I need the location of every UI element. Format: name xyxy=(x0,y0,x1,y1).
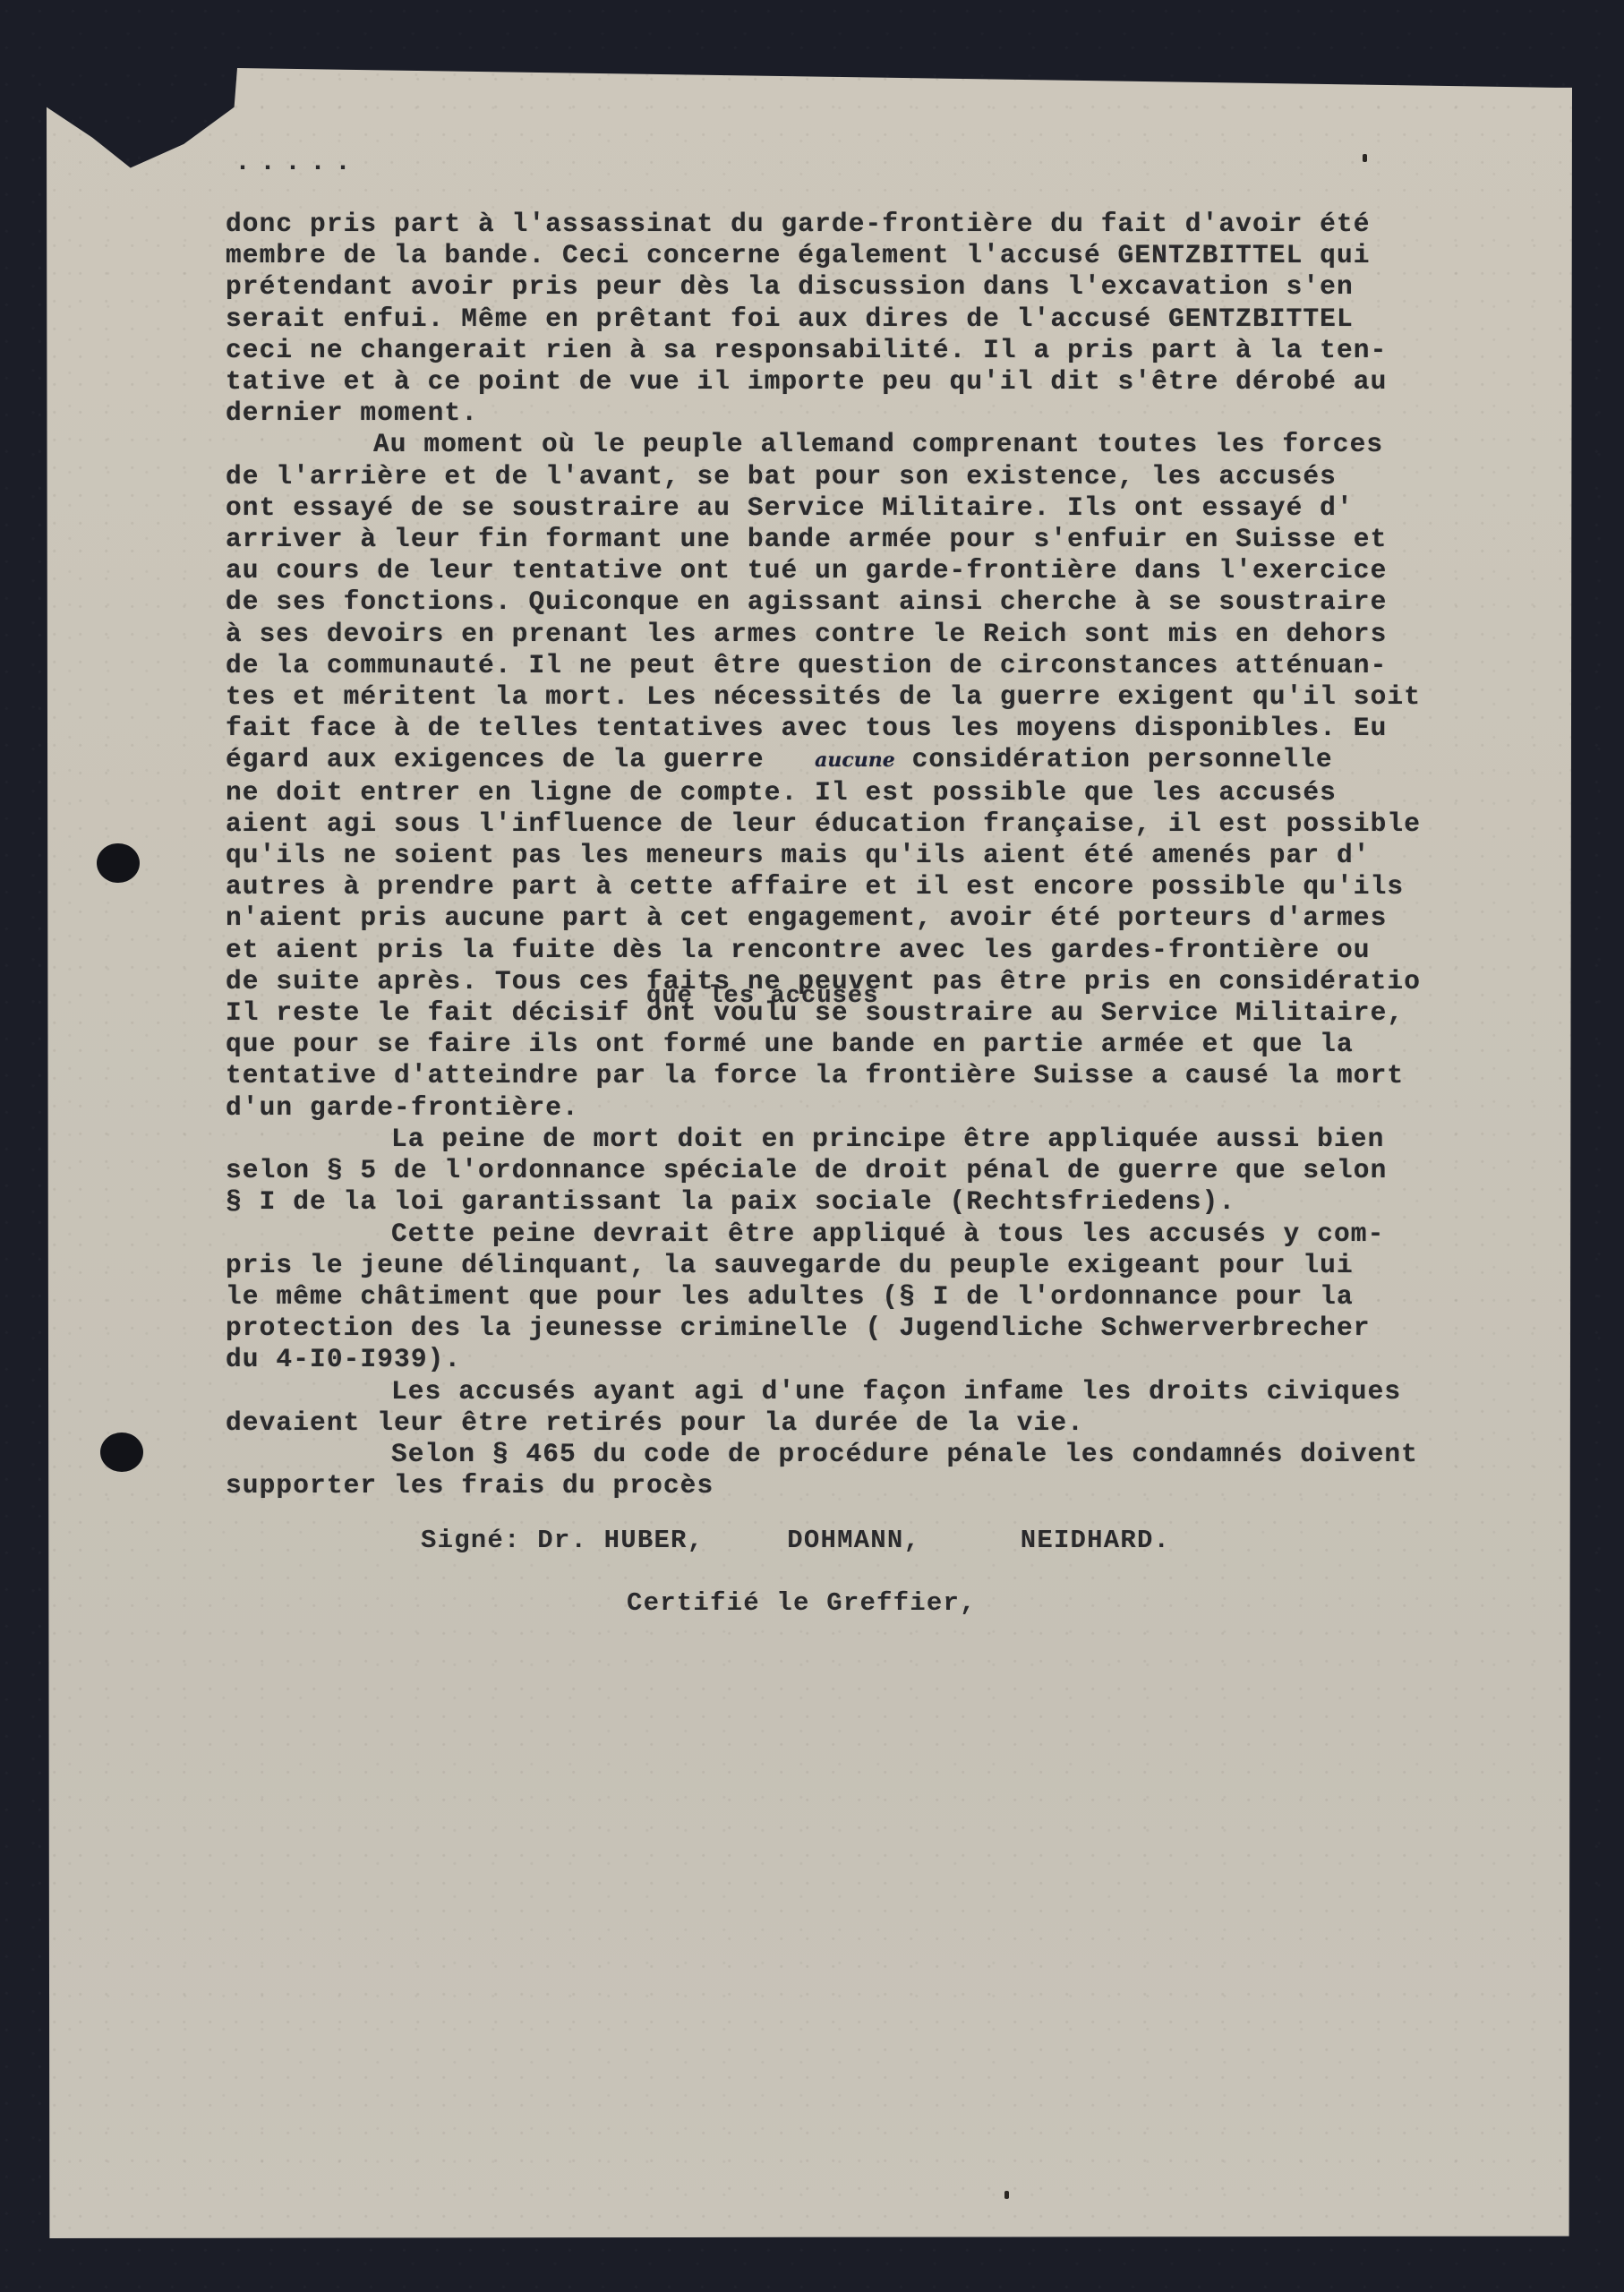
text-line: Cette peine devrait être appliqué à tous… xyxy=(226,1219,1568,1250)
signatory-name: Dr. HUBER, xyxy=(537,1526,704,1555)
text-line: de suite après. Tous ces faits ne peuven… xyxy=(226,966,1568,997)
document-body: donc pris part à l'assassinat du garde-f… xyxy=(226,157,1568,1501)
paragraph: La peine de mort doit en principe être a… xyxy=(226,1124,1568,1219)
text-line: aient agi sous l'influence de leur éduca… xyxy=(226,808,1568,840)
text-line: selon § 5 de l'ordonnance spéciale de dr… xyxy=(226,1155,1568,1186)
text-line: supporter les frais du procès xyxy=(226,1470,1568,1501)
text-line: donc pris part à l'assassinat du garde-f… xyxy=(226,209,1568,240)
text-line: à ses devoirs en prenant les armes contr… xyxy=(226,619,1568,650)
text-line-with-insert: égard aux exigences de la guerre aucune … xyxy=(226,744,1568,776)
text-line: § I de la loi garantissant la paix socia… xyxy=(226,1186,1568,1218)
signature-label: Signé: xyxy=(421,1526,521,1555)
certification-line: Certifié le Greffier, xyxy=(627,1588,977,1618)
text-line: d'un garde-frontière. xyxy=(226,1092,1568,1124)
paper-speck xyxy=(1004,2191,1009,2199)
text-line: ne doit entrer en ligne de compte. Il es… xyxy=(226,777,1568,808)
text-line: Les accusés ayant agi d'une façon infame… xyxy=(226,1376,1568,1407)
text-line: de la communauté. Il ne peut être questi… xyxy=(226,650,1568,681)
paragraph: donc pris part à l'assassinat du garde-f… xyxy=(226,209,1568,429)
text-line: du 4-I0-I939). xyxy=(226,1344,1568,1375)
handwritten-insert: aucune xyxy=(815,748,895,772)
text-line: n'aient pris aucune part à cet engagemen… xyxy=(226,902,1568,934)
text-line: ceci ne changerait rien à sa responsabil… xyxy=(226,335,1568,366)
paragraph: Selon § 465 du code de procédure pénale … xyxy=(226,1439,1568,1501)
punch-hole xyxy=(97,843,140,883)
text-line: de l'arrière et de l'avant, se bat pour … xyxy=(226,461,1568,492)
text-line: ont essayé de se soustraire au Service M… xyxy=(226,492,1568,524)
text-line: que pour se faire ils ont formé une band… xyxy=(226,1029,1568,1060)
text-fragment: égard aux exigences de la guerre xyxy=(226,744,765,774)
text-line: membre de la bande. Ceci concerne égalem… xyxy=(226,240,1568,271)
text-line: au cours de leur tentative ont tué un ga… xyxy=(226,555,1568,586)
paragraph: Au moment où le peuple allemand comprena… xyxy=(226,429,1568,1123)
text-line: qu'ils ne soient pas les meneurs mais qu… xyxy=(226,840,1568,871)
text-fragment: considération personnelle xyxy=(912,744,1333,774)
text-line: protection des la jeunesse criminelle ( … xyxy=(226,1313,1568,1344)
text-line: Selon § 465 du code de procédure pénale … xyxy=(226,1439,1568,1470)
text-line: tative et à ce point de vue il importe p… xyxy=(226,366,1568,398)
signatory-name: DOHMANN, xyxy=(787,1526,920,1555)
text-line: autres à prendre part à cette affaire et… xyxy=(226,871,1568,902)
signatory-name: NEIDHARD. xyxy=(1021,1526,1170,1555)
paragraph: Les accusés ayant agi d'une façon infame… xyxy=(226,1376,1568,1439)
text-line: devaient leur être retirés pour la durée… xyxy=(226,1407,1568,1439)
overtyped-insert: que les accusés xyxy=(646,981,879,1013)
paragraph: Cette peine devrait être appliqué à tous… xyxy=(226,1219,1568,1376)
text-line: et aient pris la fuite dès la rencontre … xyxy=(226,935,1568,966)
punch-hole xyxy=(100,1432,143,1472)
text-line: dernier moment. xyxy=(226,398,1568,429)
text-line: de ses fonctions. Quiconque en agissant … xyxy=(226,586,1568,618)
text-line: prétendant avoir pris peur dès la discus… xyxy=(226,271,1568,303)
text-line: La peine de mort doit en principe être a… xyxy=(226,1124,1568,1155)
text-line-with-overtype: Il reste le fait décisif ont voulu se so… xyxy=(226,997,1568,1029)
text-line: Au moment où le peuple allemand comprena… xyxy=(226,429,1568,460)
text-line: fait face à de telles tentatives avec to… xyxy=(226,713,1568,744)
text-line: arriver à leur fin formant une bande arm… xyxy=(226,524,1568,555)
text-line: le même châtiment que pour les adultes (… xyxy=(226,1281,1568,1313)
text-line: pris le jeune délinquant, la sauvegarde … xyxy=(226,1250,1568,1281)
text-line: serait enfui. Même en prêtant foi aux di… xyxy=(226,304,1568,335)
signature-block: Signé: Dr. HUBER, DOHMANN, NEIDHARD. xyxy=(421,1526,1170,1555)
text-line: tentative d'atteindre par la force la fr… xyxy=(226,1060,1568,1091)
text-line: tes et méritent la mort. Les nécessités … xyxy=(226,681,1568,713)
